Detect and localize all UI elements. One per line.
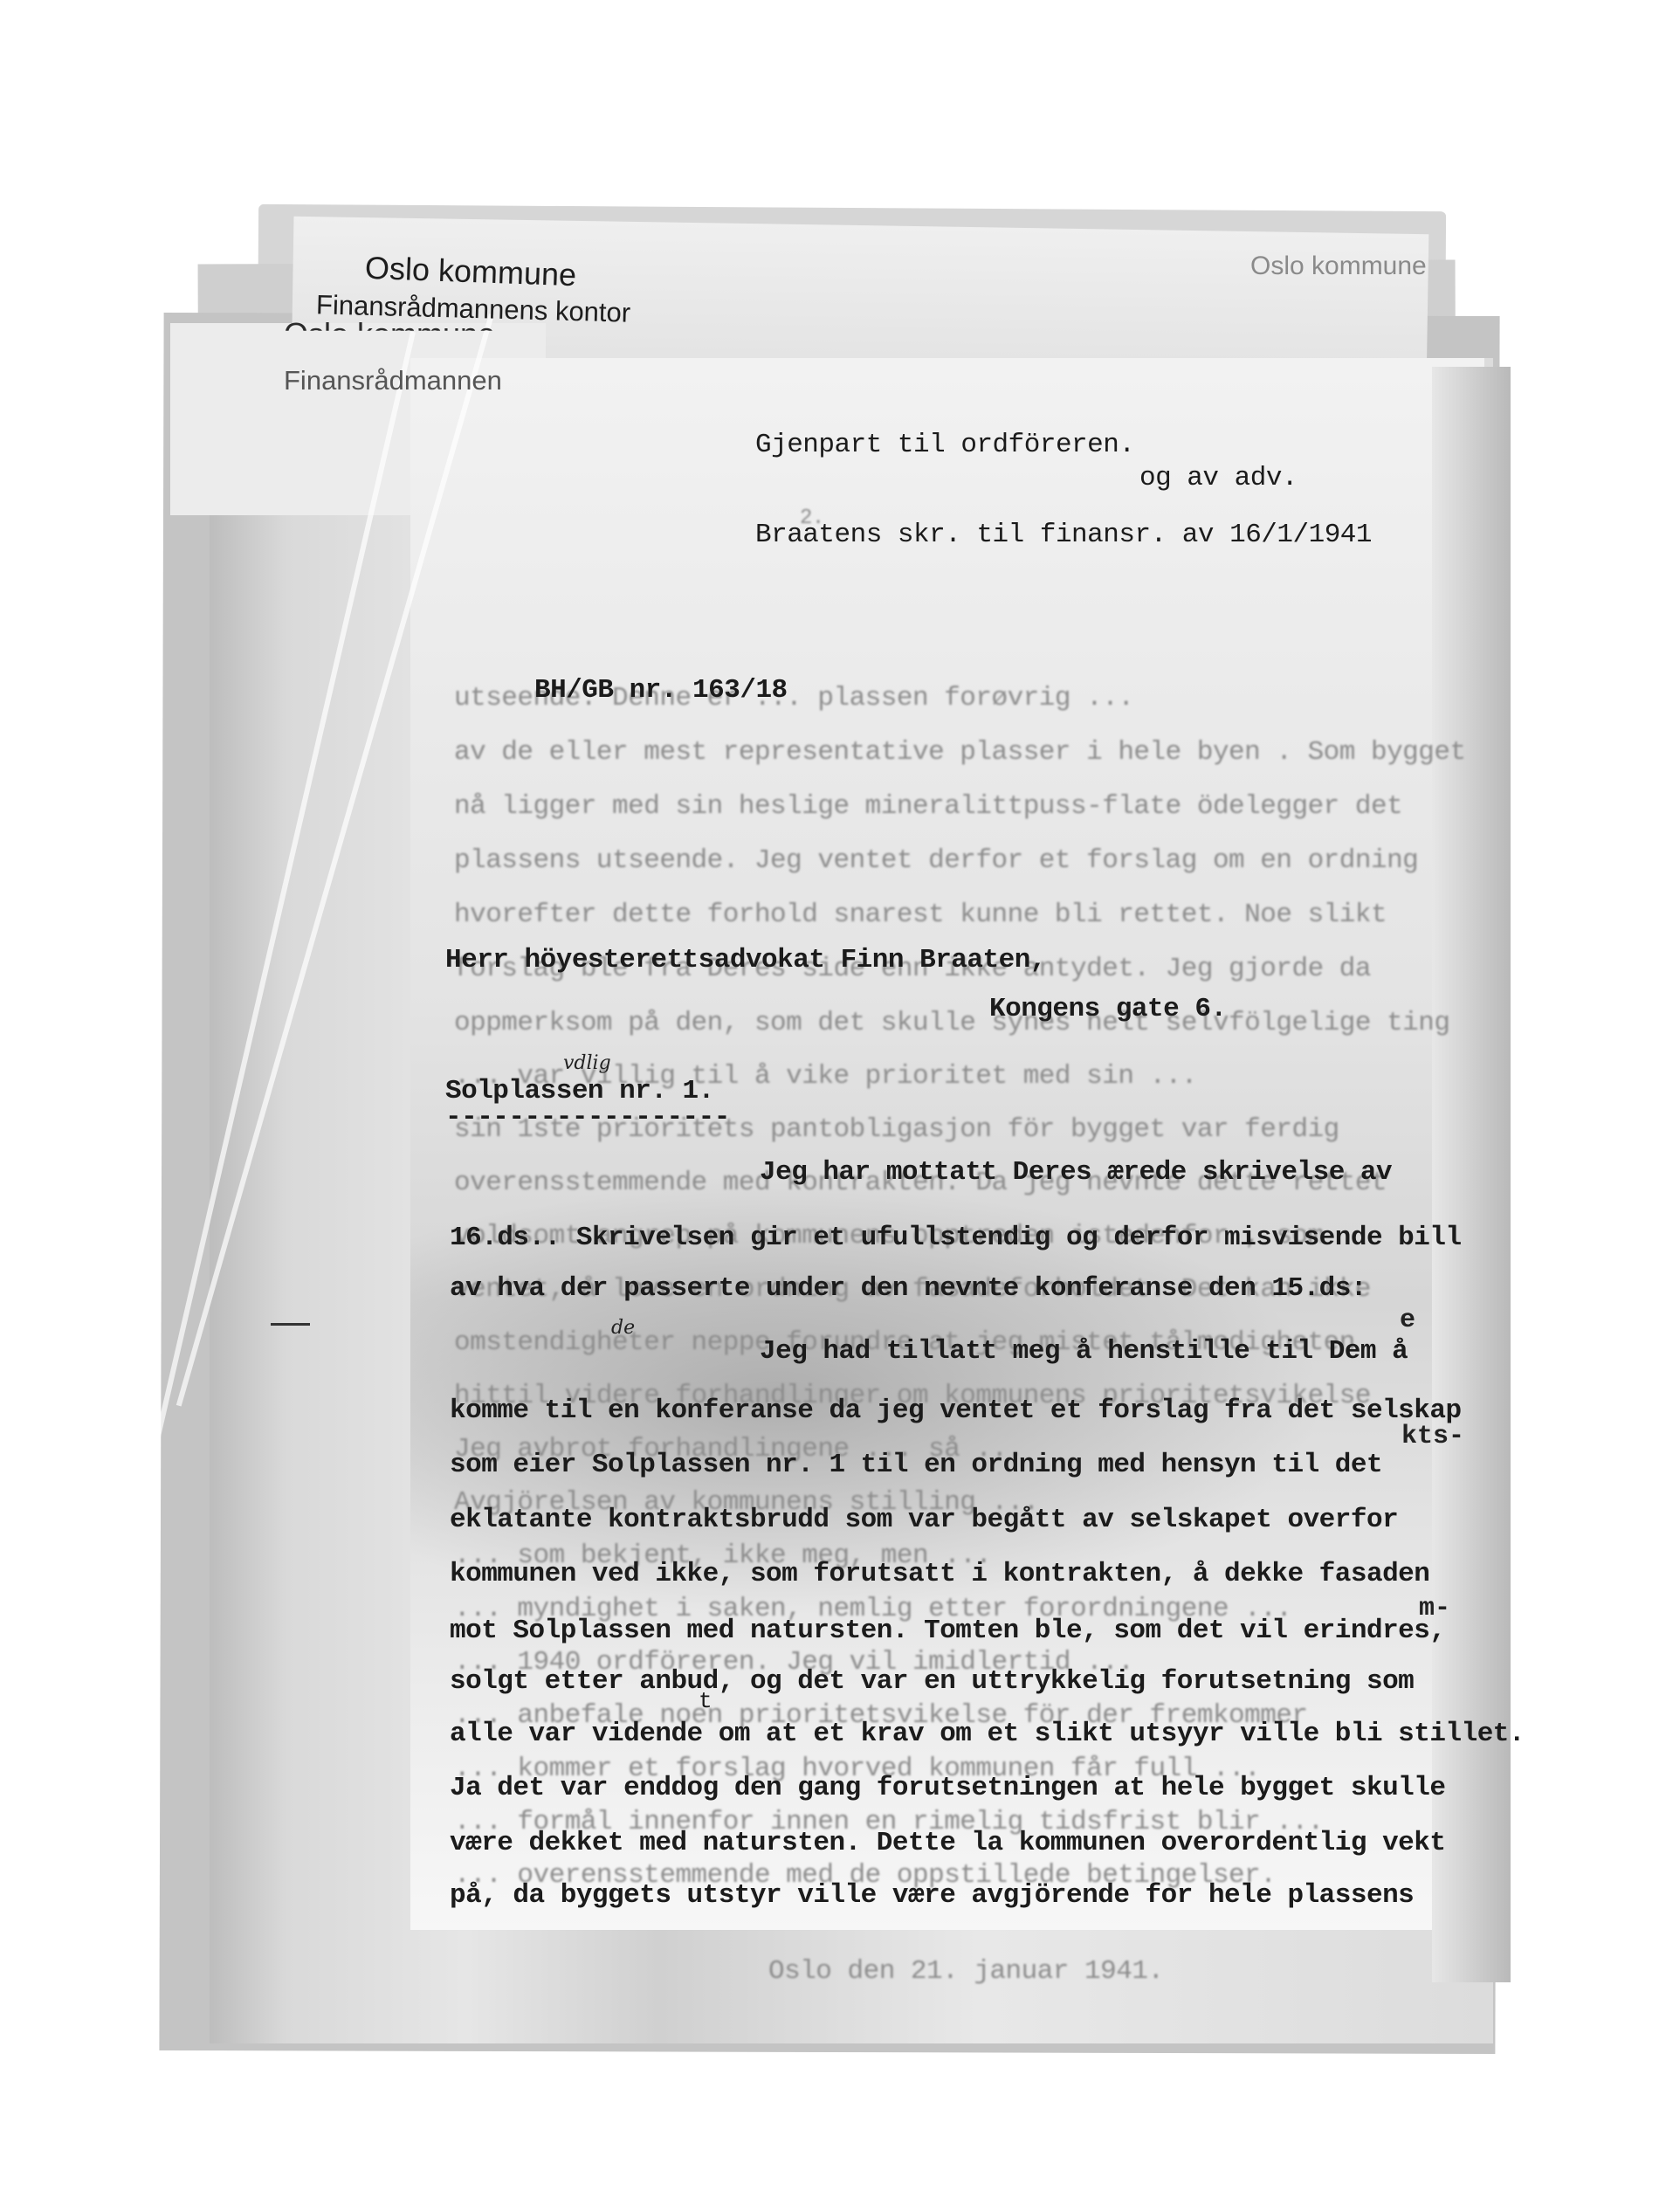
copy-to-line: Gjenpart til ordföreren. [755, 430, 1134, 460]
bleedthrough-line: hvorefter dette forhold snarest kunne bl… [454, 899, 1387, 930]
margin-fragment: m- [1419, 1594, 1450, 1623]
addressee-name: Herr höyesterettsadvokat Finn Braaten, [445, 945, 1046, 975]
body-line: Jeg har mottatt Deres ærede skrivelse av [760, 1157, 1392, 1188]
body-line: som eier Solplassen nr. 1 til en ordning… [450, 1450, 1382, 1480]
body-line: eklatante kontraktsbrudd som var begått … [450, 1505, 1398, 1535]
handwritten-correction: de [611, 1317, 635, 1339]
margin-fragment: kts- [1401, 1422, 1464, 1451]
bleedthrough-line: av de eller mest representative plasser … [454, 737, 1466, 768]
copy-to-line-2: og av adv. [1139, 463, 1298, 493]
body-line: Ja det var enddog den gang forutsetninge… [450, 1773, 1446, 1803]
file-number: BH/GB nr. 163/18 [534, 675, 788, 706]
body-line: være dekket med natursten. Dette la komm… [450, 1828, 1446, 1858]
margin-tick-mark [271, 1323, 310, 1326]
letterhead-title: Oslo kommune [364, 250, 576, 293]
body-line: solgt etter anbud, og det var en uttrykk… [450, 1666, 1414, 1697]
addressee-street: Kongens gate 6. [989, 994, 1227, 1024]
place-date: Oslo den 21. januar 1941. [768, 1956, 1164, 1987]
bleedthrough-line: nå ligger med sin heslige mineralittpuss… [454, 791, 1402, 822]
margin-fragment: e [1400, 1306, 1415, 1335]
body-line: 16.ds.. Skrivelsen gir et ufullstendig o… [450, 1223, 1462, 1253]
body-line: alle var vidende om at et krav om et sli… [450, 1719, 1525, 1749]
body-line: Jeg had tillatt meg å henstille til Dem … [760, 1336, 1408, 1367]
bleedthrough-line: oppmerksom på den, som det skulle synes … [454, 1008, 1450, 1038]
body-line: på, da byggets utstyr ville være avgjöre… [450, 1880, 1414, 1911]
letterhead-subtitle: Finansrådmannen [284, 365, 502, 396]
body-line: komme til en konferanse da jeg ventet et… [450, 1395, 1462, 1426]
body-line: av hva der passerte under den nevnte kon… [450, 1273, 1366, 1304]
body-line: mot Solplassen med natursten. Tomten ble… [450, 1616, 1446, 1646]
handwritten-note: vdlig [563, 1052, 611, 1074]
body-line: kommunen ved ikke, som forutsatt i kontr… [450, 1559, 1429, 1589]
handwritten-correction: t [699, 1688, 712, 1714]
letterhead-title: Oslo kommune [1250, 252, 1427, 281]
bleedthrough-line: plassens utseende. Jeg ventet derfor et … [454, 845, 1418, 876]
subject-underline: ------------------ [445, 1102, 730, 1133]
reference-note: Braatens skr. til finansr. av 16/1/1941 [755, 520, 1372, 550]
